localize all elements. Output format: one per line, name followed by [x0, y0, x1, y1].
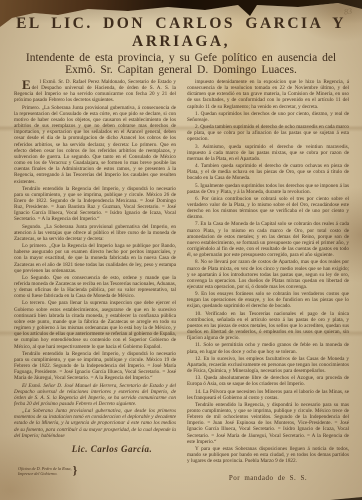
imprint-brace: }: [73, 463, 78, 478]
paragraph: 6. Por única contribucion se cobrará sol…: [187, 196, 349, 221]
paragraph: Lo Segundo. Que en consecuencia de esto,…: [14, 275, 176, 300]
paragraph: El Exmô. Sr. D. Rafael Perez Maldonado, …: [14, 79, 176, 104]
paragraph: Tendrálo entendido la Regencia, y dispon…: [187, 402, 349, 445]
paragraph: Segundo. „La Soberana Junta provisional …: [14, 224, 176, 242]
closing-line: Por mandado de S. S.: [187, 475, 349, 481]
paragraph: 5. Igualmente quedan suprimidos todos lo…: [187, 183, 349, 195]
body-columns: El Exmô. Sr. D. Rafael Perez Maldonado, …: [0, 76, 362, 482]
paragraph: 7. En la Casa de Moneda de la Capital so…: [187, 221, 349, 258]
imprint-line-2: Impresor del Gobierno.: [18, 471, 72, 476]
handwritten-mark: 83: [343, 6, 352, 16]
paragraph: 9. En los ensayes foráneos solo se cobra…: [187, 291, 349, 309]
paragraph: 14. La Pólvora que necesiten los Mineros…: [187, 389, 349, 401]
header-subtitle-1: Intendente de esta provincia, y su Gefe …: [0, 52, 362, 64]
paragraph: 10. Verificado en las Tesorerías naciona…: [187, 311, 349, 342]
left-column: El Exmô. Sr. D. Rafael Perez Maldonado, …: [14, 79, 176, 482]
paragraph: 13. Queda absolutamente libre de derecho…: [187, 375, 349, 387]
broadside-paper: EL LIC. DON CARLOS GARCIA Y ARRIAGA, Int…: [0, 0, 362, 500]
photo-of-broadside: { "colors": { "paper": "#d4c29e", "ink":…: [0, 0, 362, 500]
header-title: EL LIC. DON CARLOS GARCIA Y ARRIAGA,: [0, 15, 362, 51]
right-column: impuesto detenidamente en la exposicion …: [187, 79, 349, 482]
paragraph: 3. Asimismo, queda suprimido el derecho …: [187, 144, 349, 162]
paragraph: 8. No se llevará por razon de costos de …: [187, 259, 349, 290]
paragraph: 2. Queda tambien suprimido el derecho de…: [187, 124, 349, 142]
paragraph: 11. Solo se permitirán ocho y medio gran…: [187, 342, 349, 354]
header-subtitle-2: Exmô. Sr. Capitan general D. Domingo Lua…: [0, 64, 362, 76]
paragraph: Y para que estas Soberanas disposiciones…: [187, 446, 349, 464]
paragraph: Lo primero. „Que la Regencia del Imperio…: [14, 243, 176, 274]
paragraph: 4. Tambien queda suprimido el derecho de…: [187, 163, 349, 181]
paragraph: Tendrálo entendido la Regencia del Imper…: [14, 351, 176, 382]
paragraph: „La Soberana Junta provisional gubernati…: [14, 408, 176, 439]
paragraph: 1. Quedan suprimidos los derechos de uno…: [187, 111, 349, 123]
paragraph: El Exmô. Señor D. José Manuel de Herrera…: [14, 383, 176, 408]
paragraph: 12. En lo sucesivo, los empleos facultat…: [187, 356, 349, 374]
imprint-line-1: Oficina de D. Pedro de la Rosa,: [18, 466, 72, 471]
paragraph: impuesto detenidamente en la exposicion …: [187, 79, 349, 110]
paragraph: Primero. „La Soberana Junta provisional …: [14, 105, 176, 185]
printer-imprint: Oficina de D. Pedro de la Rosa, Impresor…: [18, 463, 77, 478]
signature: Lic. Carlos García.: [48, 446, 176, 452]
paragraph: Lo tercero. Que para llenar la suprema i…: [14, 300, 176, 349]
paragraph: Tendrálo entendido la Regencia del Imper…: [14, 186, 176, 223]
document-header: EL LIC. DON CARLOS GARCIA Y ARRIAGA, Int…: [0, 0, 362, 76]
